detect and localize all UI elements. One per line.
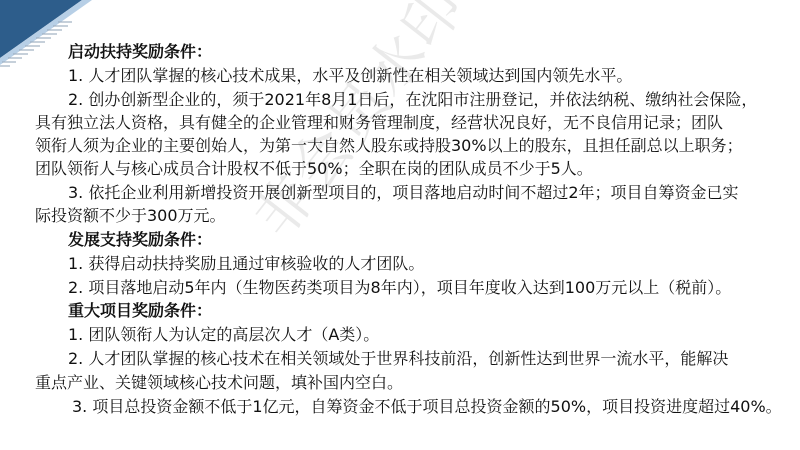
paragraph-line: 1. 团队领衔人为认定的高层次人才（A类）。 xyxy=(68,324,379,346)
section-heading-major-project: 重大项目奖励条件： xyxy=(68,300,212,322)
paragraph-line: 具有独立法人资格，具有健全的企业管理和财务管理制度，经营状况良好，无不良信用记录… xyxy=(35,112,723,134)
section-heading-development: 发展支持奖励条件： xyxy=(68,229,212,251)
paragraph-line: 2. 人才团队掌握的核心技术在相关领域处于世界科技前沿，创新性达到世界一流水平，… xyxy=(68,348,728,370)
paragraph-line: 际投资额不少于300万元。 xyxy=(35,205,226,227)
paragraph-line: 2. 创办创新型企业的，须于2021年8月1日后，在沈阳市注册登记，并依法纳税、… xyxy=(68,89,757,111)
paragraph-line: 1. 人才团队掌握的核心技术成果，水平及创新性在相关领域达到国内领先水平。 xyxy=(68,65,632,87)
paragraph-line: 2. 项目落地启动5年内（生物医药类项目为8年内），项目年度收入达到100万元以… xyxy=(68,277,731,299)
paragraph-line: 重点产业、关键领域核心技术问题，填补国内空白。 xyxy=(35,372,403,394)
paragraph-line: 3. 项目总投资金额不低于1亿元，自筹资金不低于项目总投资金额的50%，项目投资… xyxy=(72,396,782,418)
paragraph-line: 团队领衔人与核心成员合计股权不低于50%；全职在岗的团队成员不少于5人。 xyxy=(35,158,593,180)
paragraph-line: 领衔人须为企业的主要创始人，为第一大自然人股东或持股30%以上的股东，且担任副总… xyxy=(35,135,743,157)
paragraph-line: 1. 获得启动扶持奖励且通过审核验收的人才团队。 xyxy=(68,253,424,275)
section-heading-startup: 启动扶持奖励条件： xyxy=(68,41,212,63)
paragraph-line: 3. 依托企业利用新增投资开展创新型项目的，项目落地启动时间不超过2年；项目自筹… xyxy=(68,182,739,204)
